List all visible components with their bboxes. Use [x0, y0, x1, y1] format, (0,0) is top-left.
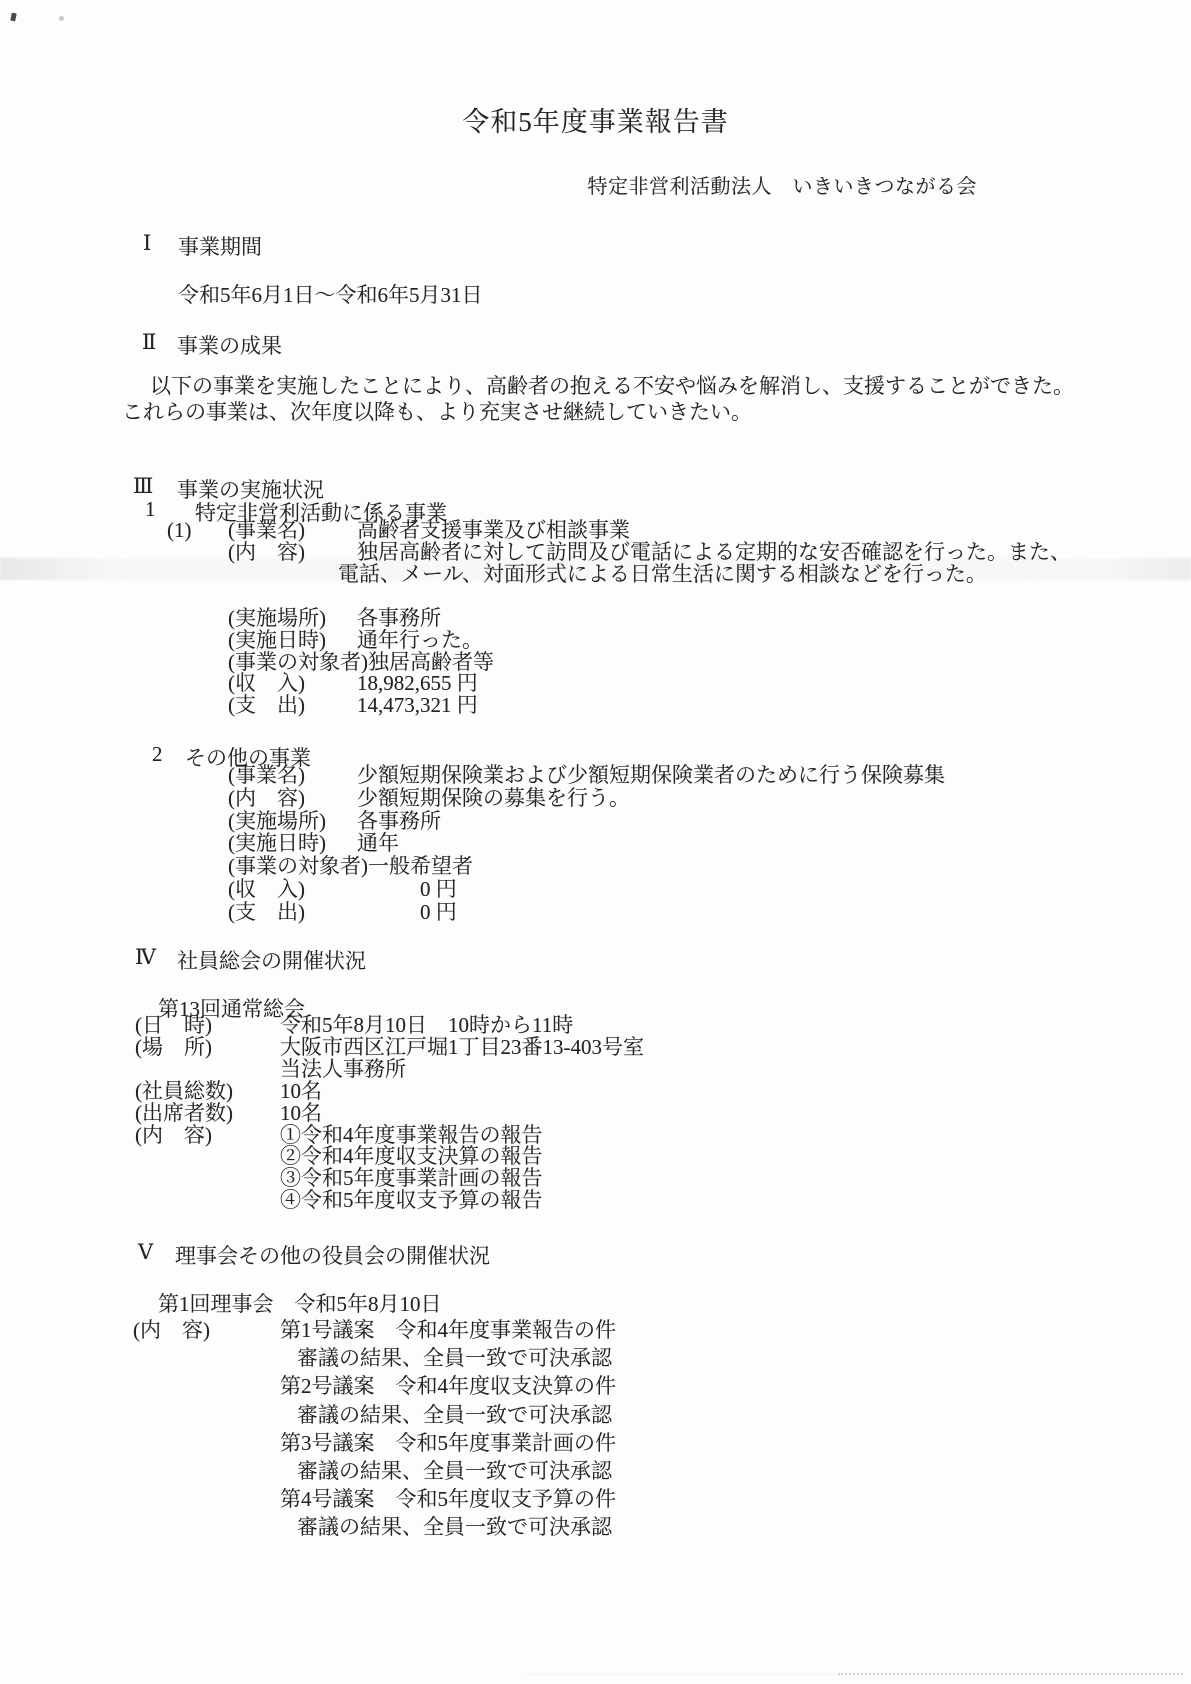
field-label: (収 入) — [228, 878, 357, 901]
field-row: (実施場所) 各事務所 — [228, 608, 494, 630]
field-value: 高齢者支援事業及び相談事業 — [357, 519, 630, 541]
field-label-spacer — [133, 1372, 280, 1400]
agenda-proposal: 第4号議案 令和5年度収支予算の件 — [280, 1485, 616, 1513]
field-label: (事業の対象者) — [228, 855, 368, 878]
field-label: (事業名) — [228, 519, 357, 541]
field-value-line2: 当法人事務所 — [280, 1059, 644, 1081]
agenda-result: 審議の結果、全員一致で可決承認 — [297, 1457, 616, 1485]
field-row: (社員総数) 10名 — [135, 1081, 644, 1103]
field-row: (内 容) ①令和4年度事業報告の報告 ②令和4年度収支決算の報告 ③令和5年度… — [135, 1125, 644, 1213]
field-label: (内 容) — [133, 1316, 280, 1344]
section-5-heading: Ⅴ 理事会その他の役員会の開催状況 — [138, 1240, 490, 1270]
document-title: 令和5年度事業報告書 — [0, 100, 1191, 139]
board-meeting-agenda: (内 容) 第1号議案 令和4年度事業報告の件 審議の結果、全員一致で可決承認 … — [133, 1316, 616, 1542]
item-number-spacer — [167, 541, 228, 563]
field-row: (実施場所) 各事務所 — [228, 810, 945, 833]
field-label: (収 入) — [228, 673, 357, 695]
section-4-heading-text: 社員総会の開催状況 — [177, 945, 366, 975]
field-value: 大阪市西区江戸堀1丁目23番13-403号室 — [280, 1037, 644, 1059]
board-meeting-title: 第1回理事会 令和5年8月10日 — [158, 1288, 442, 1318]
section-1-heading: Ⅰ 事業期間 — [143, 231, 262, 261]
field-row: (事業の対象者) 一般希望者 — [228, 855, 945, 878]
field-row: (収 入) 0 円 — [228, 878, 945, 901]
field-value: 独居高齢者に対して訪問及び電話による定期的な安否確認を行った。また、 — [357, 541, 1071, 563]
field-value: 0 円 — [357, 878, 457, 901]
field-label: (事業名) — [228, 764, 357, 787]
field-value: 0 円 — [357, 901, 457, 924]
field-label: (実施場所) — [228, 810, 357, 833]
business-period: 令和5年6月1日～令和6年5月31日 — [178, 279, 483, 309]
section-5-numeral: Ⅴ — [138, 1240, 175, 1270]
section-4-numeral: Ⅳ — [135, 945, 177, 975]
field-value: 各事務所 — [357, 608, 441, 630]
field-value-group: 大阪市西区江戸堀1丁目23番13-403号室 当法人事務所 — [280, 1037, 644, 1081]
field-label: (出席者数) — [135, 1103, 280, 1125]
field-value: 10名 — [280, 1081, 322, 1103]
field-value: 18,982,655 円 — [357, 673, 478, 695]
agenda-result: 審議の結果、全員一致で可決承認 — [297, 1513, 616, 1541]
field-value: 各事務所 — [357, 810, 441, 833]
field-value-continuation: 電話、メール、対面形式による日常生活に関する相談などを行った。 — [338, 563, 1071, 585]
results-paragraph: 以下の事業を実施したことにより、高齢者の抱える不安や悩みを解消し、支援することが… — [122, 373, 1074, 425]
agenda-report-item: ③令和5年度事業計画の報告 — [280, 1168, 543, 1190]
agenda-proposal-row: (内 容) 第1号議案 令和4年度事業報告の件 — [133, 1316, 616, 1344]
field-row: (事業の対象者) 独居高齢者等 — [228, 652, 494, 674]
scan-dotted-line-artifact — [838, 1673, 1183, 1675]
agenda-report-item: ④令和5年度収支予算の報告 — [280, 1190, 543, 1212]
field-row: (内 容) 少額短期保険の募集を行う。 — [228, 787, 945, 810]
scan-speck-artifact — [59, 16, 64, 21]
field-label: (内 容) — [135, 1125, 280, 1213]
agenda-proposal-row: 第4号議案 令和5年度収支予算の件 — [133, 1485, 616, 1513]
field-row: (日 時) 令和5年8月10日 10時から11時 — [135, 1015, 644, 1037]
field-row: (場 所) 大阪市西区江戸堀1丁目23番13-403号室 当法人事務所 — [135, 1037, 644, 1081]
field-value: 少額短期保険業および少額短期保険業者のために行う保険募集 — [357, 764, 945, 787]
field-value: 少額短期保険の募集を行う。 — [357, 787, 630, 810]
results-paragraph-line2: これらの事業は、次年度以降も、より充実させ継続していきたい。 — [122, 399, 1074, 425]
agenda-result: 審議の結果、全員一致で可決承認 — [297, 1344, 616, 1372]
section-5-heading-text: 理事会その他の役員会の開催状況 — [175, 1240, 490, 1270]
field-label: (内 容) — [228, 787, 357, 810]
general-meeting-details: (日 時) 令和5年8月10日 10時から11時 (場 所) 大阪市西区江戸堀1… — [135, 1015, 644, 1212]
business-2-number: 2 — [152, 742, 185, 772]
field-label: (事業の対象者) — [228, 652, 368, 674]
field-value: 通年行った。 — [357, 630, 483, 652]
field-label: (実施日時) — [228, 832, 357, 855]
field-row: (実施日時) 通年 — [228, 832, 945, 855]
field-row: (事業名) 少額短期保険業および少額短期保険業者のために行う保険募集 — [228, 764, 945, 787]
field-label: (場 所) — [135, 1037, 280, 1081]
field-value: 独居高齢者等 — [368, 652, 494, 674]
field-label-spacer — [133, 1485, 280, 1513]
section-2-heading: Ⅱ 事業の成果 — [142, 330, 282, 360]
section-2-heading-text: 事業の成果 — [177, 330, 282, 360]
field-value: 一般希望者 — [368, 855, 473, 878]
field-value: 通年 — [357, 832, 399, 855]
section-2-numeral: Ⅱ — [142, 330, 177, 360]
field-row: (内 容) 独居高齢者に対して訪問及び電話による定期的な安否確認を行った。また、 — [167, 541, 1071, 563]
field-label: (支 出) — [228, 901, 357, 924]
field-label-spacer — [133, 1429, 280, 1457]
results-paragraph-line1: 以下の事業を実施したことにより、高齢者の抱える不安や悩みを解消し、支援することが… — [150, 373, 1074, 399]
scanned-document-page: 令和5年度事業報告書 特定非営利活動法人 いきいきつながる会 Ⅰ 事業期間 令和… — [0, 0, 1191, 1684]
agenda-proposal: 第3号議案 令和5年度事業計画の件 — [280, 1429, 616, 1457]
field-label: (内 容) — [228, 541, 357, 563]
field-label: (日 時) — [135, 1015, 280, 1037]
field-row: (収 入) 18,982,655 円 — [228, 673, 494, 695]
field-row: (実施日時) 通年行った。 — [228, 630, 494, 652]
business-2-details: (事業名) 少額短期保険業および少額短期保険業者のために行う保険募集 (内 容)… — [228, 764, 945, 924]
agenda-proposal-row: 第3号議案 令和5年度事業計画の件 — [133, 1429, 616, 1457]
organization-name: 特定非営利活動法人 いきいきつながる会 — [588, 170, 978, 199]
section-1-numeral: Ⅰ — [143, 231, 178, 261]
field-row: (1) (事業名) 高齢者支援事業及び相談事業 — [167, 519, 1071, 541]
section-4-heading: Ⅳ 社員総会の開催状況 — [135, 945, 366, 975]
scan-speck-artifact — [10, 13, 17, 22]
business-1-details: (実施場所) 各事務所 (実施日時) 通年行った。 (事業の対象者) 独居高齢者… — [228, 608, 494, 717]
field-label: (実施場所) — [228, 608, 357, 630]
agenda-report-item: ②令和4年度収支決算の報告 — [280, 1146, 543, 1168]
field-value: 令和5年8月10日 10時から11時 — [280, 1015, 573, 1037]
agenda-report-item: ①令和4年度事業報告の報告 — [280, 1125, 543, 1147]
item-number: (1) — [167, 519, 228, 541]
agenda-result: 審議の結果、全員一致で可決承認 — [297, 1401, 616, 1429]
field-value: 10名 — [280, 1103, 322, 1125]
field-value-group: ①令和4年度事業報告の報告 ②令和4年度収支決算の報告 ③令和5年度事業計画の報… — [280, 1125, 543, 1213]
agenda-proposal: 第2号議案 令和4年度収支決算の件 — [280, 1372, 616, 1400]
field-row: (出席者数) 10名 — [135, 1103, 644, 1125]
scan-dotted-line-artifact — [526, 1674, 836, 1675]
field-row: (支 出) 14,473,321 円 — [228, 695, 494, 717]
field-label: (実施日時) — [228, 630, 357, 652]
agenda-proposal-row: 第2号議案 令和4年度収支決算の件 — [133, 1372, 616, 1400]
business-1-header: (1) (事業名) 高齢者支援事業及び相談事業 (内 容) 独居高齢者に対して訪… — [167, 519, 1071, 585]
section-1-heading-text: 事業期間 — [178, 231, 262, 261]
field-label: (支 出) — [228, 695, 357, 717]
field-label: (社員総数) — [135, 1081, 280, 1103]
field-row: (支 出) 0 円 — [228, 901, 945, 924]
field-value: 14,473,321 円 — [357, 695, 478, 717]
agenda-proposal: 第1号議案 令和4年度事業報告の件 — [280, 1316, 616, 1344]
